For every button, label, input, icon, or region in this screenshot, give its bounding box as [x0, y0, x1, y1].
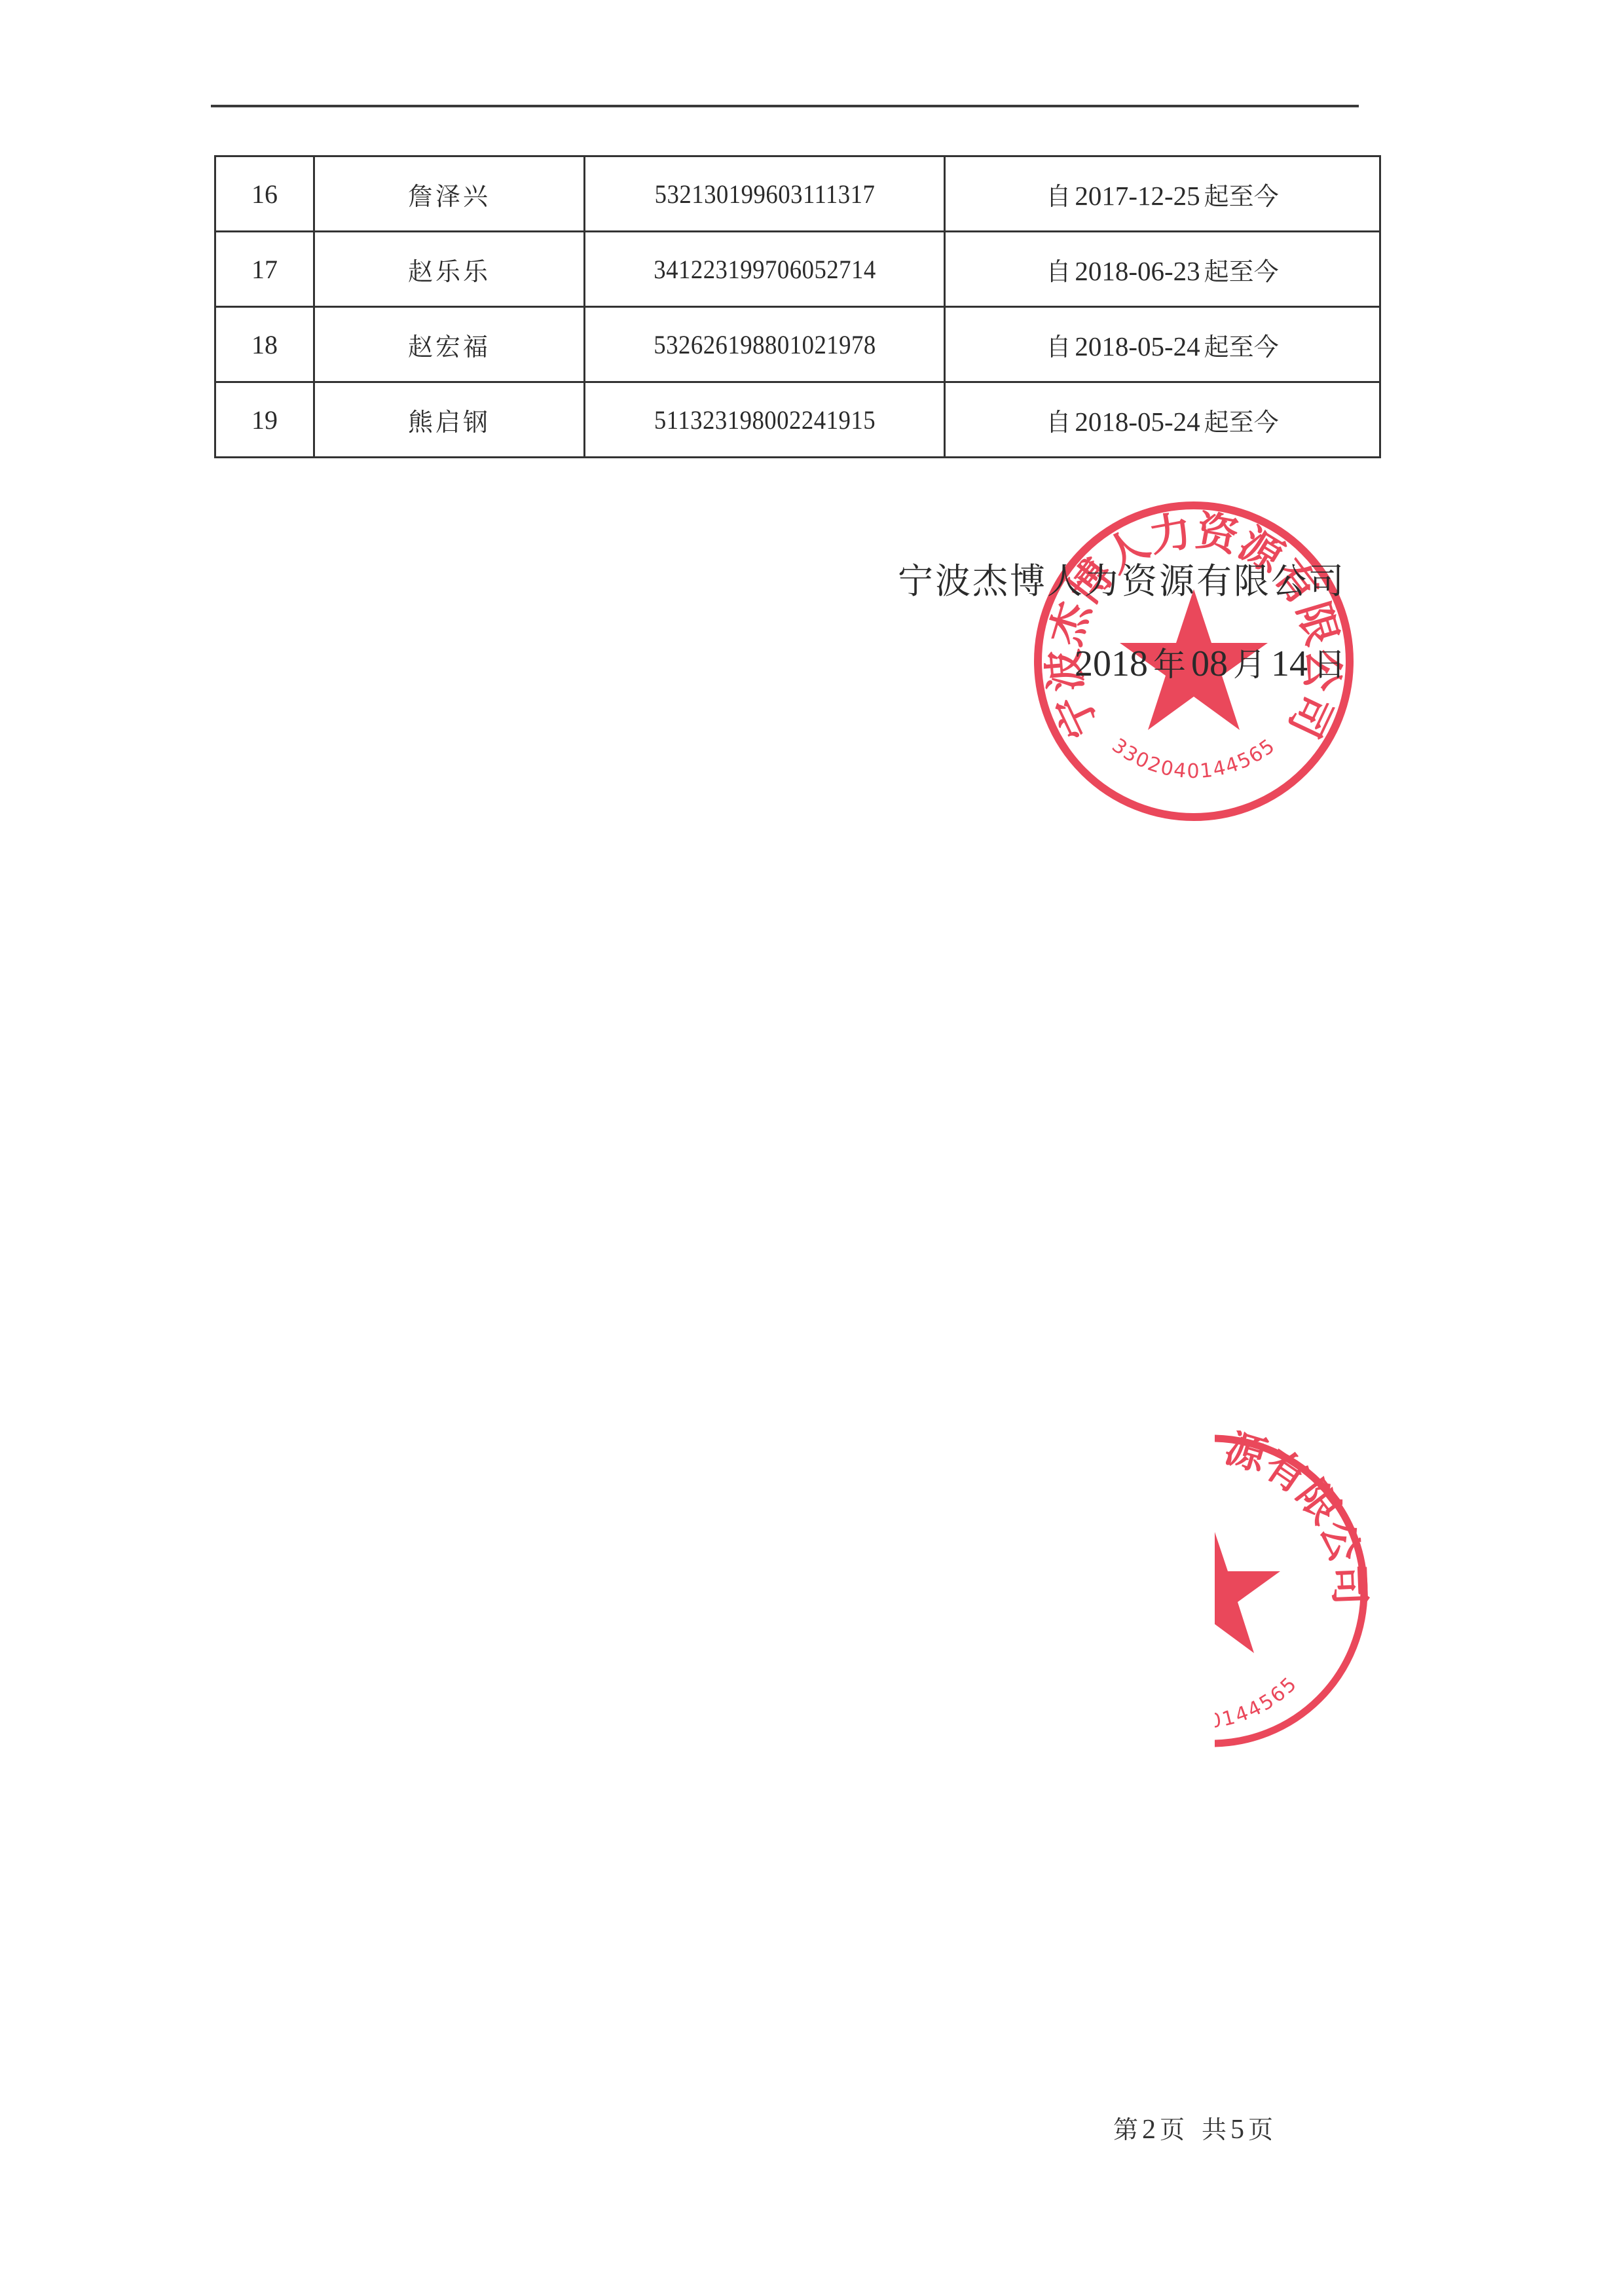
- period-date: 2018-05-24: [1075, 331, 1200, 361]
- footer-page-unit: 页: [1160, 2115, 1185, 2144]
- period-date: 2018-05-24: [1075, 407, 1200, 437]
- date-year-unit: 年: [1153, 646, 1186, 683]
- id-number: 341223199706052714: [599, 232, 931, 307]
- period-date: 2018-06-23: [1075, 256, 1200, 286]
- period-prefix: 自: [1046, 408, 1071, 437]
- employee-name: 赵宏福: [314, 307, 585, 382]
- employment-period: 自2018-05-24起至今: [945, 307, 1380, 382]
- period-suffix: 起至今: [1204, 257, 1279, 286]
- employee-name: 赵乐乐: [314, 232, 585, 307]
- period-suffix: 起至今: [1204, 408, 1279, 437]
- page-footer: 第2页共5页: [1113, 2109, 1273, 2145]
- seal-code: 3302040144565: [1107, 734, 1280, 783]
- footer-total-unit: 页: [1248, 2115, 1273, 2144]
- footer-prefix: 第: [1113, 2115, 1138, 2144]
- partial-seal-stamp: 源有限公司 0144565: [1051, 1430, 1372, 1751]
- table-row: 17 赵乐乐 341223199706052714 自2018-06-23起至今: [215, 232, 1380, 307]
- id-number: 532130199603111317: [599, 156, 931, 232]
- period-date: 2017-12-25: [1075, 181, 1200, 211]
- date-month: 08: [1191, 644, 1228, 684]
- table-row: 18 赵宏福 532626198801021978 自2018-05-24起至今: [215, 307, 1380, 382]
- header-rule: [211, 105, 1359, 107]
- employee-name: 熊启钢: [314, 382, 585, 458]
- signature-company: 宁波杰博人力资源有限公司: [898, 553, 1346, 604]
- employee-name: 詹泽兴: [314, 156, 585, 232]
- date-month-unit: 月: [1233, 646, 1266, 683]
- period-suffix: 起至今: [1204, 333, 1279, 361]
- svg-text:3302040144565: 3302040144565: [1107, 734, 1280, 783]
- period-prefix: 自: [1046, 182, 1071, 211]
- row-number: 18: [215, 307, 314, 382]
- table-row: 19 熊启钢 511323198002241915 自2018-05-24起至今: [215, 382, 1380, 458]
- date-day-unit: 日: [1313, 646, 1346, 683]
- footer-total-prefix: 共: [1202, 2115, 1227, 2144]
- employment-period: 自2018-06-23起至今: [945, 232, 1380, 307]
- period-prefix: 自: [1046, 257, 1071, 286]
- date-year: 2018: [1075, 644, 1148, 684]
- date-day: 14: [1271, 644, 1308, 684]
- employee-table: 16 詹泽兴 532130199603111317 自2017-12-25起至今…: [214, 155, 1381, 458]
- id-number: 532626198801021978: [599, 307, 931, 382]
- id-number: 511323198002241915: [599, 382, 931, 458]
- table-row: 16 詹泽兴 532130199603111317 自2017-12-25起至今: [215, 156, 1380, 232]
- row-number: 17: [215, 232, 314, 307]
- period-suffix: 起至今: [1204, 182, 1279, 211]
- star-icon: [1143, 1522, 1280, 1653]
- footer-page-number: 2: [1142, 2115, 1156, 2145]
- signature-date: 2018年08月14日: [1069, 638, 1346, 685]
- row-number: 16: [215, 156, 314, 232]
- row-number: 19: [215, 382, 314, 458]
- employment-period: 自2017-12-25起至今: [945, 156, 1380, 232]
- footer-total-pages: 5: [1230, 2115, 1244, 2145]
- employment-period: 自2018-05-24起至今: [945, 382, 1380, 458]
- period-prefix: 自: [1046, 333, 1071, 361]
